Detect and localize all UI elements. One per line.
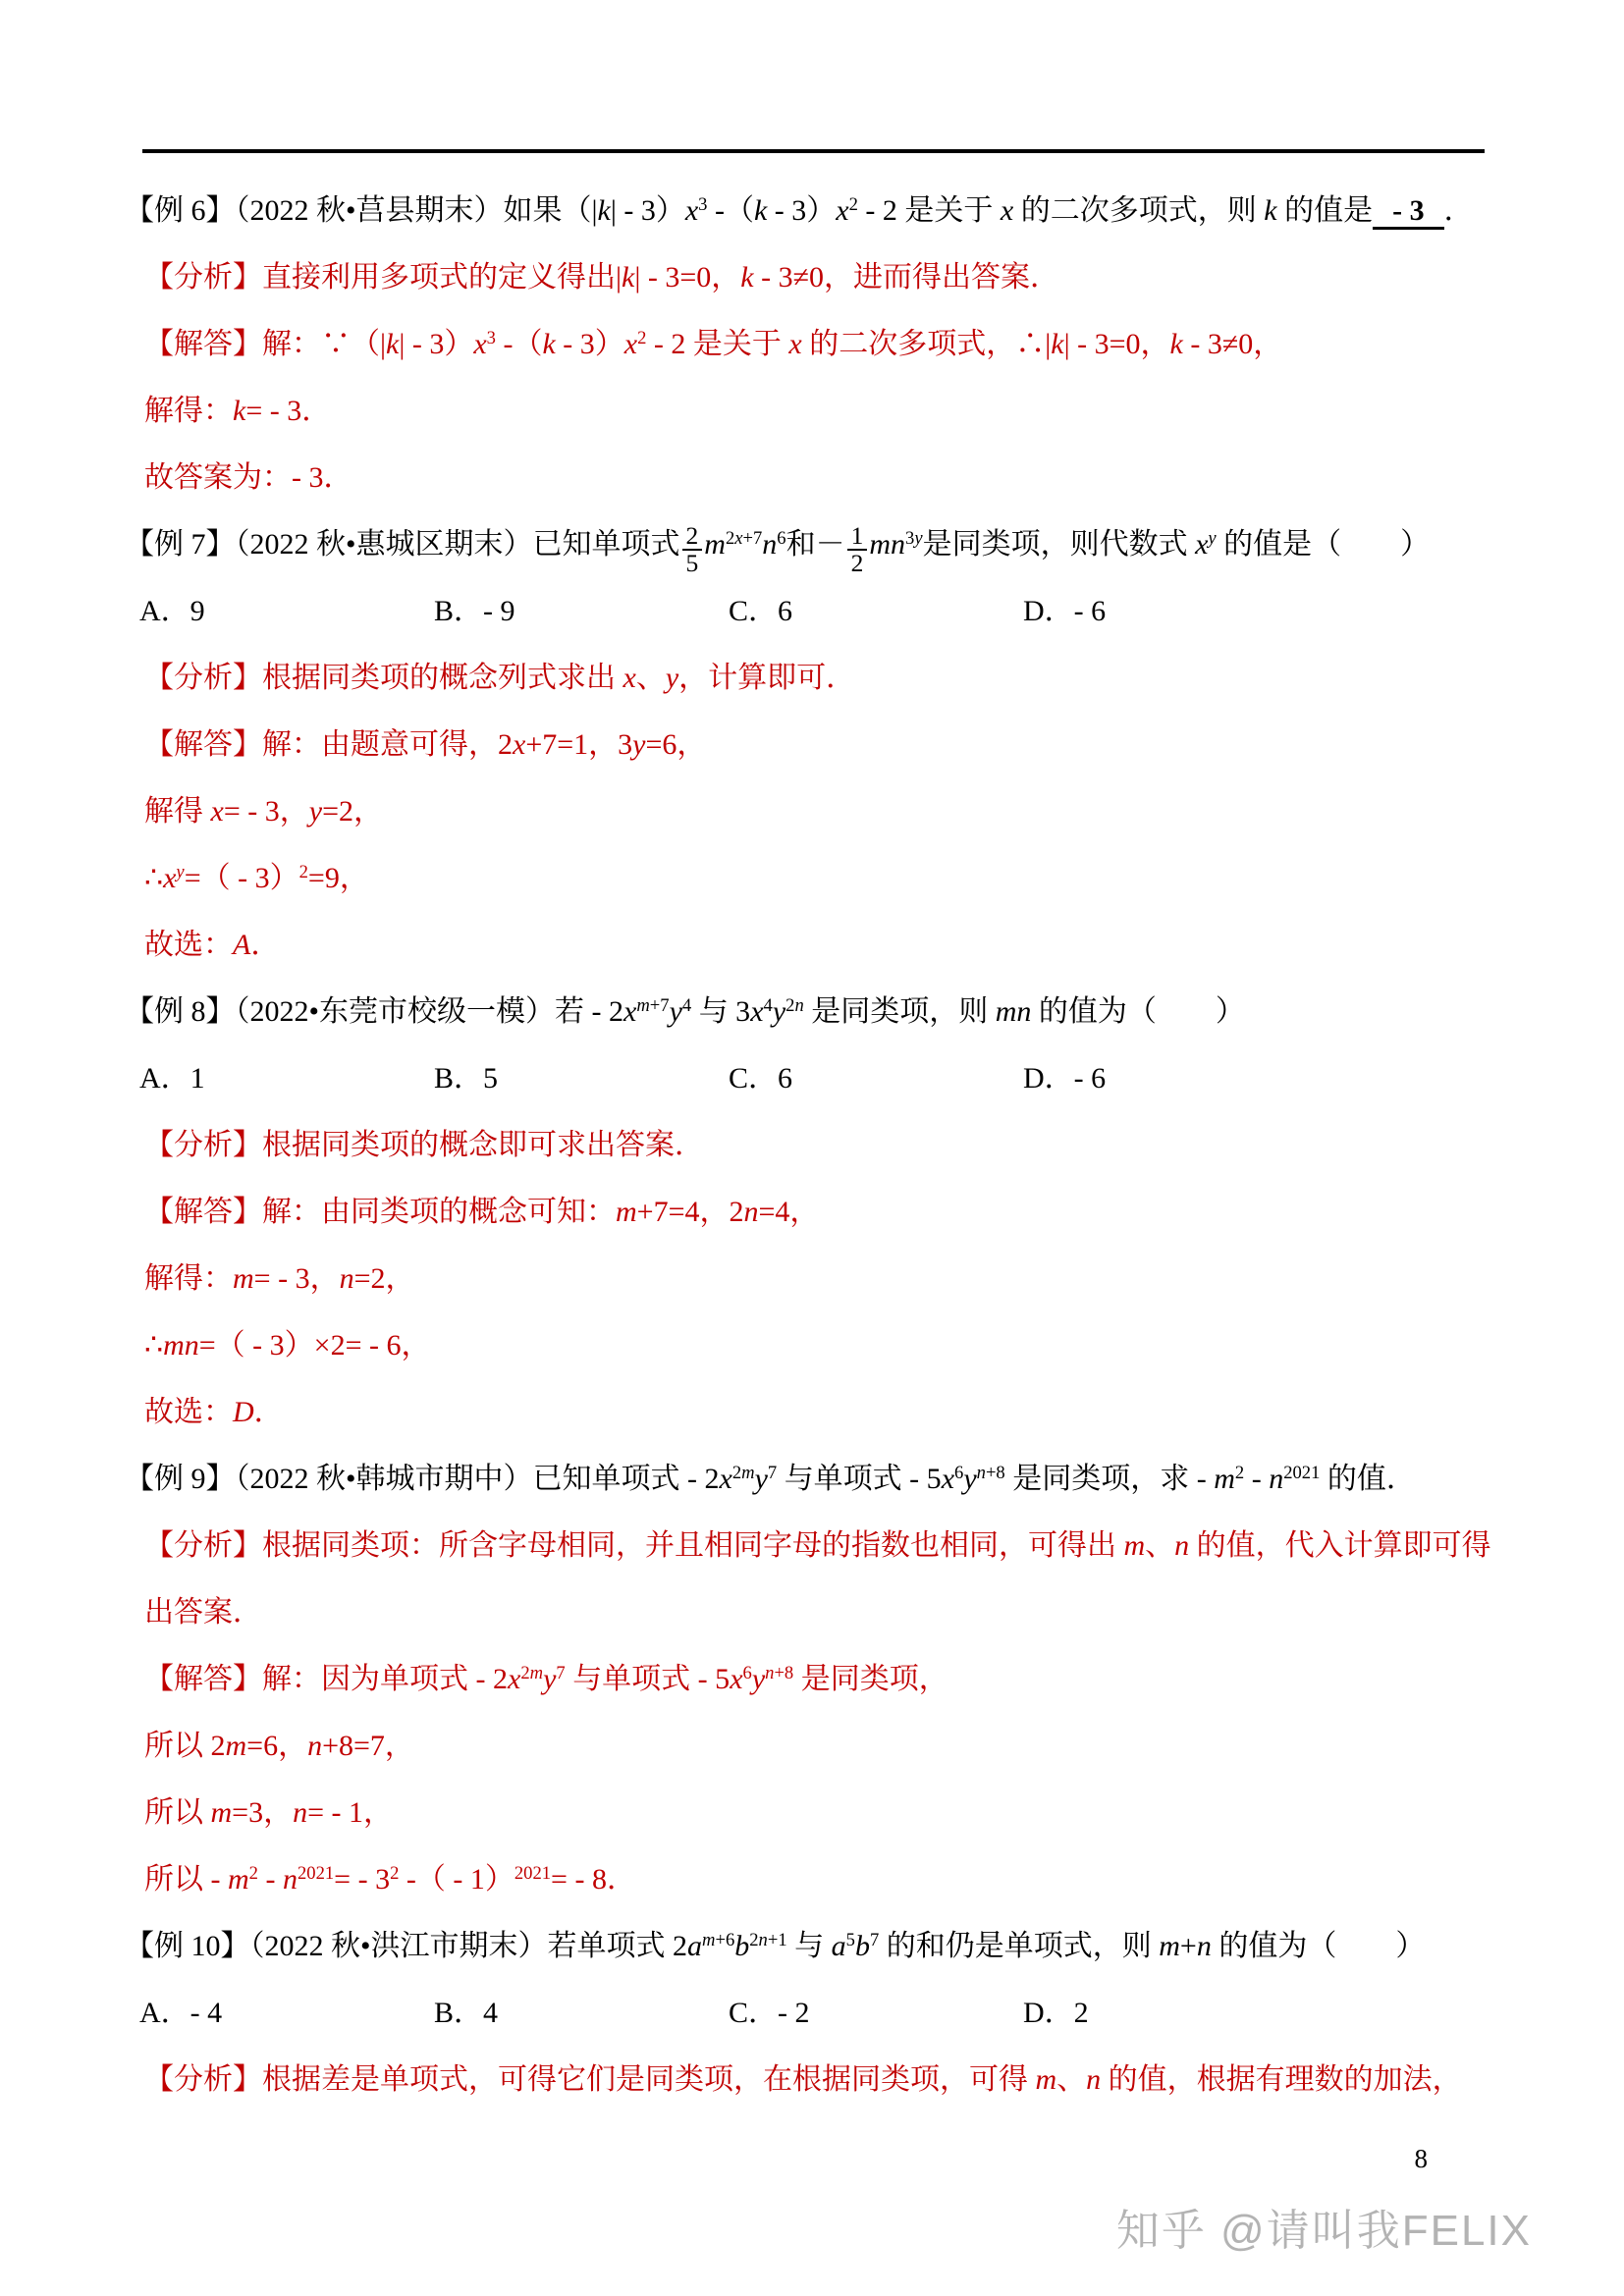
solution-line: 所以 - m2 - n2021= - 32 -（ - 1）2021= - 8． bbox=[125, 1846, 1499, 1913]
problem-title: 【例 9】（2022 秋•韩城市期中）已知单项式 - 2x2my7 与单项式 -… bbox=[125, 1446, 1499, 1513]
problem-title: 【例 8】（2022•东莞市校级一模）若 - 2xm+7y4 与 3x4y2n … bbox=[125, 979, 1499, 1045]
option-a: A．- 4 bbox=[139, 1980, 434, 2047]
problem-title: 【例 7】（2022 秋•惠城区期末）已知单项式25m2x+7n6和－12mn3… bbox=[125, 511, 1499, 578]
option-c: C．6 bbox=[729, 1045, 1023, 1112]
analysis-line: 【分析】根据同类项的概念列式求出 x、y，计算即可． bbox=[125, 645, 1499, 712]
answer-blank: - 3 bbox=[1373, 194, 1444, 230]
analysis-line: 【分析】根据同类项的概念即可求出答案． bbox=[125, 1112, 1499, 1179]
analysis-line: 【分析】根据同类项：所含字母相同，并且相同字母的指数也相同，可得出 m、n 的值… bbox=[125, 1513, 1499, 1646]
solution-line: 【解答】解：∵（|k| - 3）x3 -（k - 3）x2 - 2 是关于 x … bbox=[125, 311, 1499, 378]
option-c: C．6 bbox=[729, 578, 1023, 645]
option-b: B．- 9 bbox=[434, 578, 729, 645]
solution-line: 所以 2m=6，n+8=7， bbox=[125, 1713, 1499, 1780]
problem-example-7: 【例 7】（2022 秋•惠城区期末）已知单项式25m2x+7n6和－12mn3… bbox=[125, 511, 1499, 979]
solution-line: 解得：k= - 3． bbox=[125, 378, 1499, 445]
solution-line: 【解答】解：由题意可得，2x+7=1，3y=6， bbox=[125, 712, 1499, 778]
problem-example-8: 【例 8】（2022•东莞市校级一模）若 - 2xm+7y4 与 3x4y2n … bbox=[125, 979, 1499, 1446]
worksheet-content: 【例 6】（2022 秋•莒县期末）如果（|k| - 3）x3 -（k - 3）… bbox=[125, 178, 1499, 2113]
option-c: C．- 2 bbox=[729, 1980, 1023, 2047]
problem-title-text: 【例 6】（2022 秋•莒县期末）如果（|k| - 3）x3 -（k - 3）… bbox=[125, 194, 1373, 227]
watermark: 知乎 @请叫我FELIX bbox=[1116, 2195, 1532, 2258]
option-d: D．2 bbox=[1023, 1980, 1318, 2047]
options-row: A．- 4 B．4 C．- 2 D．2 bbox=[125, 1980, 1499, 2047]
solution-line: ∴mn=（ - 3）×2= - 6， bbox=[125, 1312, 1499, 1379]
solution-line: 所以 m=3，n= - 1， bbox=[125, 1780, 1499, 1846]
solution-line: 故答案为：- 3． bbox=[125, 445, 1499, 511]
solution-line: 故选：A． bbox=[125, 912, 1499, 979]
solution-line: 解得 x= - 3，y=2， bbox=[125, 778, 1499, 845]
problem-example-10: 【例 10】（2022 秋•洪江市期末）若单项式 2am+6b2n+1 与 a5… bbox=[125, 1913, 1499, 2113]
title-tail: ． bbox=[1444, 194, 1474, 227]
solution-line: 解得：m= - 3，n=2， bbox=[125, 1246, 1499, 1312]
analysis-line: 【分析】根据差是单项式，可得它们是同类项，在根据同类项，可得 m、n 的值，根据… bbox=[125, 2047, 1499, 2113]
option-d: D．- 6 bbox=[1023, 578, 1318, 645]
options-row: A．9 B．- 9 C．6 D．- 6 bbox=[125, 578, 1499, 645]
option-b: B．5 bbox=[434, 1045, 729, 1112]
solution-line: 【解答】解：因为单项式 - 2x2my7 与单项式 - 5x6yn+8 是同类项… bbox=[125, 1646, 1499, 1713]
options-row: A．1 B．5 C．6 D．- 6 bbox=[125, 1045, 1499, 1112]
analysis-line: 【分析】直接利用多项式的定义得出|k| - 3=0，k - 3≠0，进而得出答案… bbox=[125, 244, 1499, 311]
solution-line: ∴xy=（ - 3）2=9， bbox=[125, 845, 1499, 912]
solution-line: 【解答】解：由同类项的概念可知：m+7=4，2n=4， bbox=[125, 1179, 1499, 1246]
problem-title: 【例 10】（2022 秋•洪江市期末）若单项式 2am+6b2n+1 与 a5… bbox=[125, 1913, 1499, 1980]
option-a: A．9 bbox=[139, 578, 434, 645]
header-rule bbox=[142, 149, 1485, 153]
page-number: 8 bbox=[1415, 2144, 1429, 2174]
option-a: A．1 bbox=[139, 1045, 434, 1112]
option-b: B．4 bbox=[434, 1980, 729, 2047]
option-d: D．- 6 bbox=[1023, 1045, 1318, 1112]
problem-title: 【例 6】（2022 秋•莒县期末）如果（|k| - 3）x3 -（k - 3）… bbox=[125, 178, 1499, 244]
problem-example-6: 【例 6】（2022 秋•莒县期末）如果（|k| - 3）x3 -（k - 3）… bbox=[125, 178, 1499, 511]
solution-line: 故选：D． bbox=[125, 1379, 1499, 1446]
problem-example-9: 【例 9】（2022 秋•韩城市期中）已知单项式 - 2x2my7 与单项式 -… bbox=[125, 1446, 1499, 1913]
